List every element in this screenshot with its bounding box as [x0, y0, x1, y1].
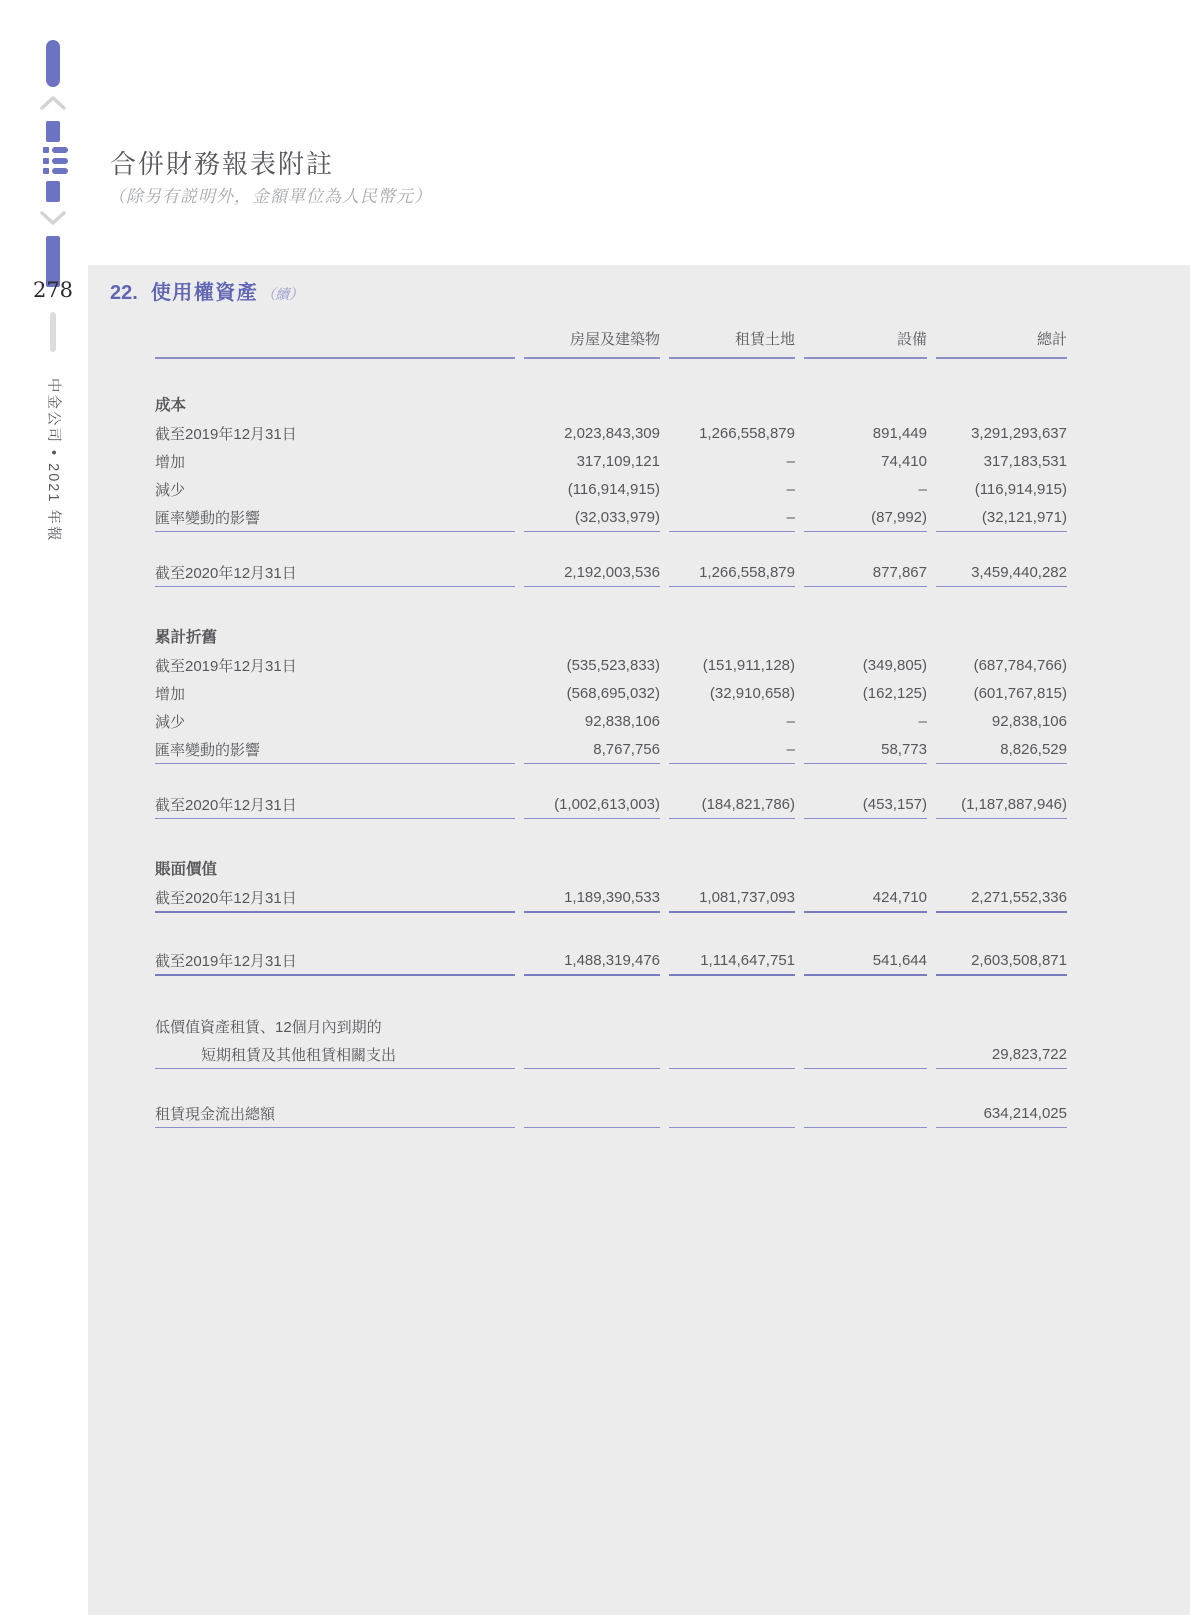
spacer-cell [155, 1069, 1067, 1099]
table-row: 匯率變動的影響(32,033,979)–(87,992)(32,121,971) [155, 503, 1067, 532]
value-cell: 1,488,319,476 [524, 946, 660, 976]
value-cell: 8,826,529 [936, 735, 1067, 764]
value-cell: 2,192,003,536 [524, 558, 660, 587]
value-cell: (116,914,915) [936, 475, 1067, 503]
column-header-equipment: 設備 [804, 312, 927, 359]
value-cell: 74,410 [804, 447, 927, 475]
value-cell: 1,081,737,093 [669, 883, 795, 913]
value-cell: (32,910,658) [669, 679, 795, 707]
value-cell: 891,449 [804, 419, 927, 447]
value-cell [524, 1012, 660, 1040]
row-label: 匯率變動的影響 [155, 735, 515, 764]
row-label: 減少 [155, 707, 515, 735]
value-cell: (1,187,887,946) [936, 790, 1067, 819]
value-cell: 2,023,843,309 [524, 419, 660, 447]
column-header-buildings: 房屋及建築物 [524, 312, 660, 359]
page-number: 278 [28, 278, 78, 302]
value-cell: (162,125) [804, 679, 927, 707]
row-label: 截至2020年12月31日 [155, 790, 515, 819]
value-cell: (87,992) [804, 503, 927, 532]
value-cell: 1,114,647,751 [669, 946, 795, 976]
spacer-cell [155, 976, 1067, 1012]
spacer-cell [155, 532, 1067, 558]
value-cell: – [669, 475, 795, 503]
value-cell: – [669, 735, 795, 764]
value-cell [669, 1012, 795, 1040]
menu-list-icon[interactable] [43, 147, 68, 179]
value-cell: 92,838,106 [936, 707, 1067, 735]
spacer-row [155, 913, 1067, 946]
spacer-row [155, 532, 1067, 558]
spacer-row [155, 359, 1067, 385]
value-cell: 317,183,531 [936, 447, 1067, 475]
value-cell: 8,767,756 [524, 735, 660, 764]
value-cell: (453,157) [804, 790, 927, 819]
table-row: 低價值資產租賃、12個月內到期的 [155, 1012, 1067, 1040]
row-label: 匯率變動的影響 [155, 503, 515, 532]
value-cell [804, 1099, 927, 1128]
value-cell: (32,121,971) [936, 503, 1067, 532]
group-header-label: 成本 [155, 385, 1067, 419]
value-cell: 58,773 [804, 735, 927, 764]
value-cell [804, 1012, 927, 1040]
row-label: 截至2019年12月31日 [155, 651, 515, 679]
table-header-row: 房屋及建築物 租賃土地 設備 總計 [155, 312, 1067, 359]
report-side-caption: 中金公司 • 2021 年報 [44, 378, 65, 578]
table-row: 短期租賃及其他租賃相關支出29,823,722 [155, 1040, 1067, 1069]
table-row: 增加317,109,121–74,410317,183,531 [155, 447, 1067, 475]
group-header-row: 累計折舊 [155, 617, 1067, 651]
value-cell: (1,002,613,003) [524, 790, 660, 819]
table-row: 截至2019年12月31日2,023,843,3091,266,558,8798… [155, 419, 1067, 447]
spacer-cell [155, 587, 1067, 617]
spacer-cell [155, 764, 1067, 790]
page-title: 合併財務報表附註 [110, 144, 334, 181]
table-row: 截至2019年12月31日1,488,319,4761,114,647,7515… [155, 946, 1067, 976]
row-label: 增加 [155, 447, 515, 475]
chevron-up-icon[interactable] [39, 93, 67, 113]
row-label: 截至2019年12月31日 [155, 419, 515, 447]
sidebar-block-lower [46, 181, 60, 202]
column-header-leased-land: 租賃土地 [669, 312, 795, 359]
value-cell [524, 1099, 660, 1128]
value-cell: (349,805) [804, 651, 927, 679]
row-label: 租賃現金流出總額 [155, 1099, 515, 1128]
value-cell: 29,823,722 [936, 1040, 1067, 1069]
value-cell [936, 1012, 1067, 1040]
value-cell: 634,214,025 [936, 1099, 1067, 1128]
row-label: 短期租賃及其他租賃相關支出 [155, 1040, 515, 1069]
value-cell: 1,266,558,879 [669, 558, 795, 587]
value-cell: 3,291,293,637 [936, 419, 1067, 447]
chevron-down-icon[interactable] [39, 208, 67, 228]
sidebar-top-bar [46, 40, 60, 87]
row-label: 減少 [155, 475, 515, 503]
spacer-cell [155, 359, 1067, 385]
report-page: { "page": { "number": "278", "side_text"… [0, 0, 1190, 1615]
table-row: 截至2020年12月31日1,189,390,5331,081,737,0934… [155, 883, 1067, 913]
column-header-total: 總計 [936, 312, 1067, 359]
spacer-cell [155, 913, 1067, 946]
section-heading: 22.使用權資產（續） [110, 276, 303, 305]
table-row: 截至2020年12月31日2,192,003,5361,266,558,8798… [155, 558, 1067, 587]
value-cell: (687,784,766) [936, 651, 1067, 679]
table-row: 截至2020年12月31日(1,002,613,003)(184,821,786… [155, 790, 1067, 819]
spacer-row [155, 976, 1067, 1012]
page-subtitle: （除另有説明外，金額單位為人民幣元） [108, 182, 432, 207]
section-continued-suffix: （續） [261, 286, 303, 302]
value-cell: 2,271,552,336 [936, 883, 1067, 913]
group-header-label: 賬面價值 [155, 849, 1067, 883]
value-cell: – [804, 707, 927, 735]
value-cell: – [669, 503, 795, 532]
table-row: 減少(116,914,915)––(116,914,915) [155, 475, 1067, 503]
value-cell: 877,867 [804, 558, 927, 587]
value-cell: 1,266,558,879 [669, 419, 795, 447]
group-header-row: 成本 [155, 385, 1067, 419]
value-cell: (568,695,032) [524, 679, 660, 707]
row-label: 截至2020年12月31日 [155, 558, 515, 587]
section-title: 使用權資產 [151, 282, 259, 304]
table-row: 匯率變動的影響8,767,756–58,7738,826,529 [155, 735, 1067, 764]
value-cell: 541,644 [804, 946, 927, 976]
value-cell: (535,523,833) [524, 651, 660, 679]
table-row: 租賃現金流出總額634,214,025 [155, 1099, 1067, 1128]
value-cell [669, 1099, 795, 1128]
spacer-row [155, 819, 1067, 849]
value-cell [669, 1040, 795, 1069]
value-cell [524, 1040, 660, 1069]
value-cell: – [804, 475, 927, 503]
rou-assets-table-body: 房屋及建築物 租賃土地 設備 總計 成本截至2019年12月31日2,023,8… [155, 312, 1067, 1128]
value-cell: – [669, 447, 795, 475]
group-header-label: 累計折舊 [155, 617, 1067, 651]
value-cell [804, 1040, 927, 1069]
spacer-cell [155, 819, 1067, 849]
rou-assets-table: 房屋及建築物 租賃土地 設備 總計 成本截至2019年12月31日2,023,8… [146, 312, 1076, 1128]
row-label: 低價值資產租賃、12個月內到期的 [155, 1012, 515, 1040]
value-cell: 424,710 [804, 883, 927, 913]
value-cell: – [669, 707, 795, 735]
group-header-row: 賬面價值 [155, 849, 1067, 883]
row-label: 截至2020年12月31日 [155, 883, 515, 913]
header-empty-cell [155, 312, 515, 359]
table-row: 減少92,838,106––92,838,106 [155, 707, 1067, 735]
value-cell: (151,911,128) [669, 651, 795, 679]
section-number: 22. [110, 282, 138, 304]
spacer-row [155, 1069, 1067, 1099]
spacer-row [155, 764, 1067, 790]
table-row: 截至2019年12月31日(535,523,833)(151,911,128)(… [155, 651, 1067, 679]
value-cell: 317,109,121 [524, 447, 660, 475]
spacer-row [155, 587, 1067, 617]
value-cell: (184,821,786) [669, 790, 795, 819]
value-cell: 92,838,106 [524, 707, 660, 735]
value-cell: 2,603,508,871 [936, 946, 1067, 976]
value-cell: 1,189,390,533 [524, 883, 660, 913]
row-label: 增加 [155, 679, 515, 707]
sidebar-block-upper [46, 121, 60, 142]
row-label: 截至2019年12月31日 [155, 946, 515, 976]
value-cell: 3,459,440,282 [936, 558, 1067, 587]
value-cell: (32,033,979) [524, 503, 660, 532]
value-cell: (116,914,915) [524, 475, 660, 503]
page-number-tick [50, 312, 56, 352]
value-cell: (601,767,815) [936, 679, 1067, 707]
table-row: 增加(568,695,032)(32,910,658)(162,125)(601… [155, 679, 1067, 707]
